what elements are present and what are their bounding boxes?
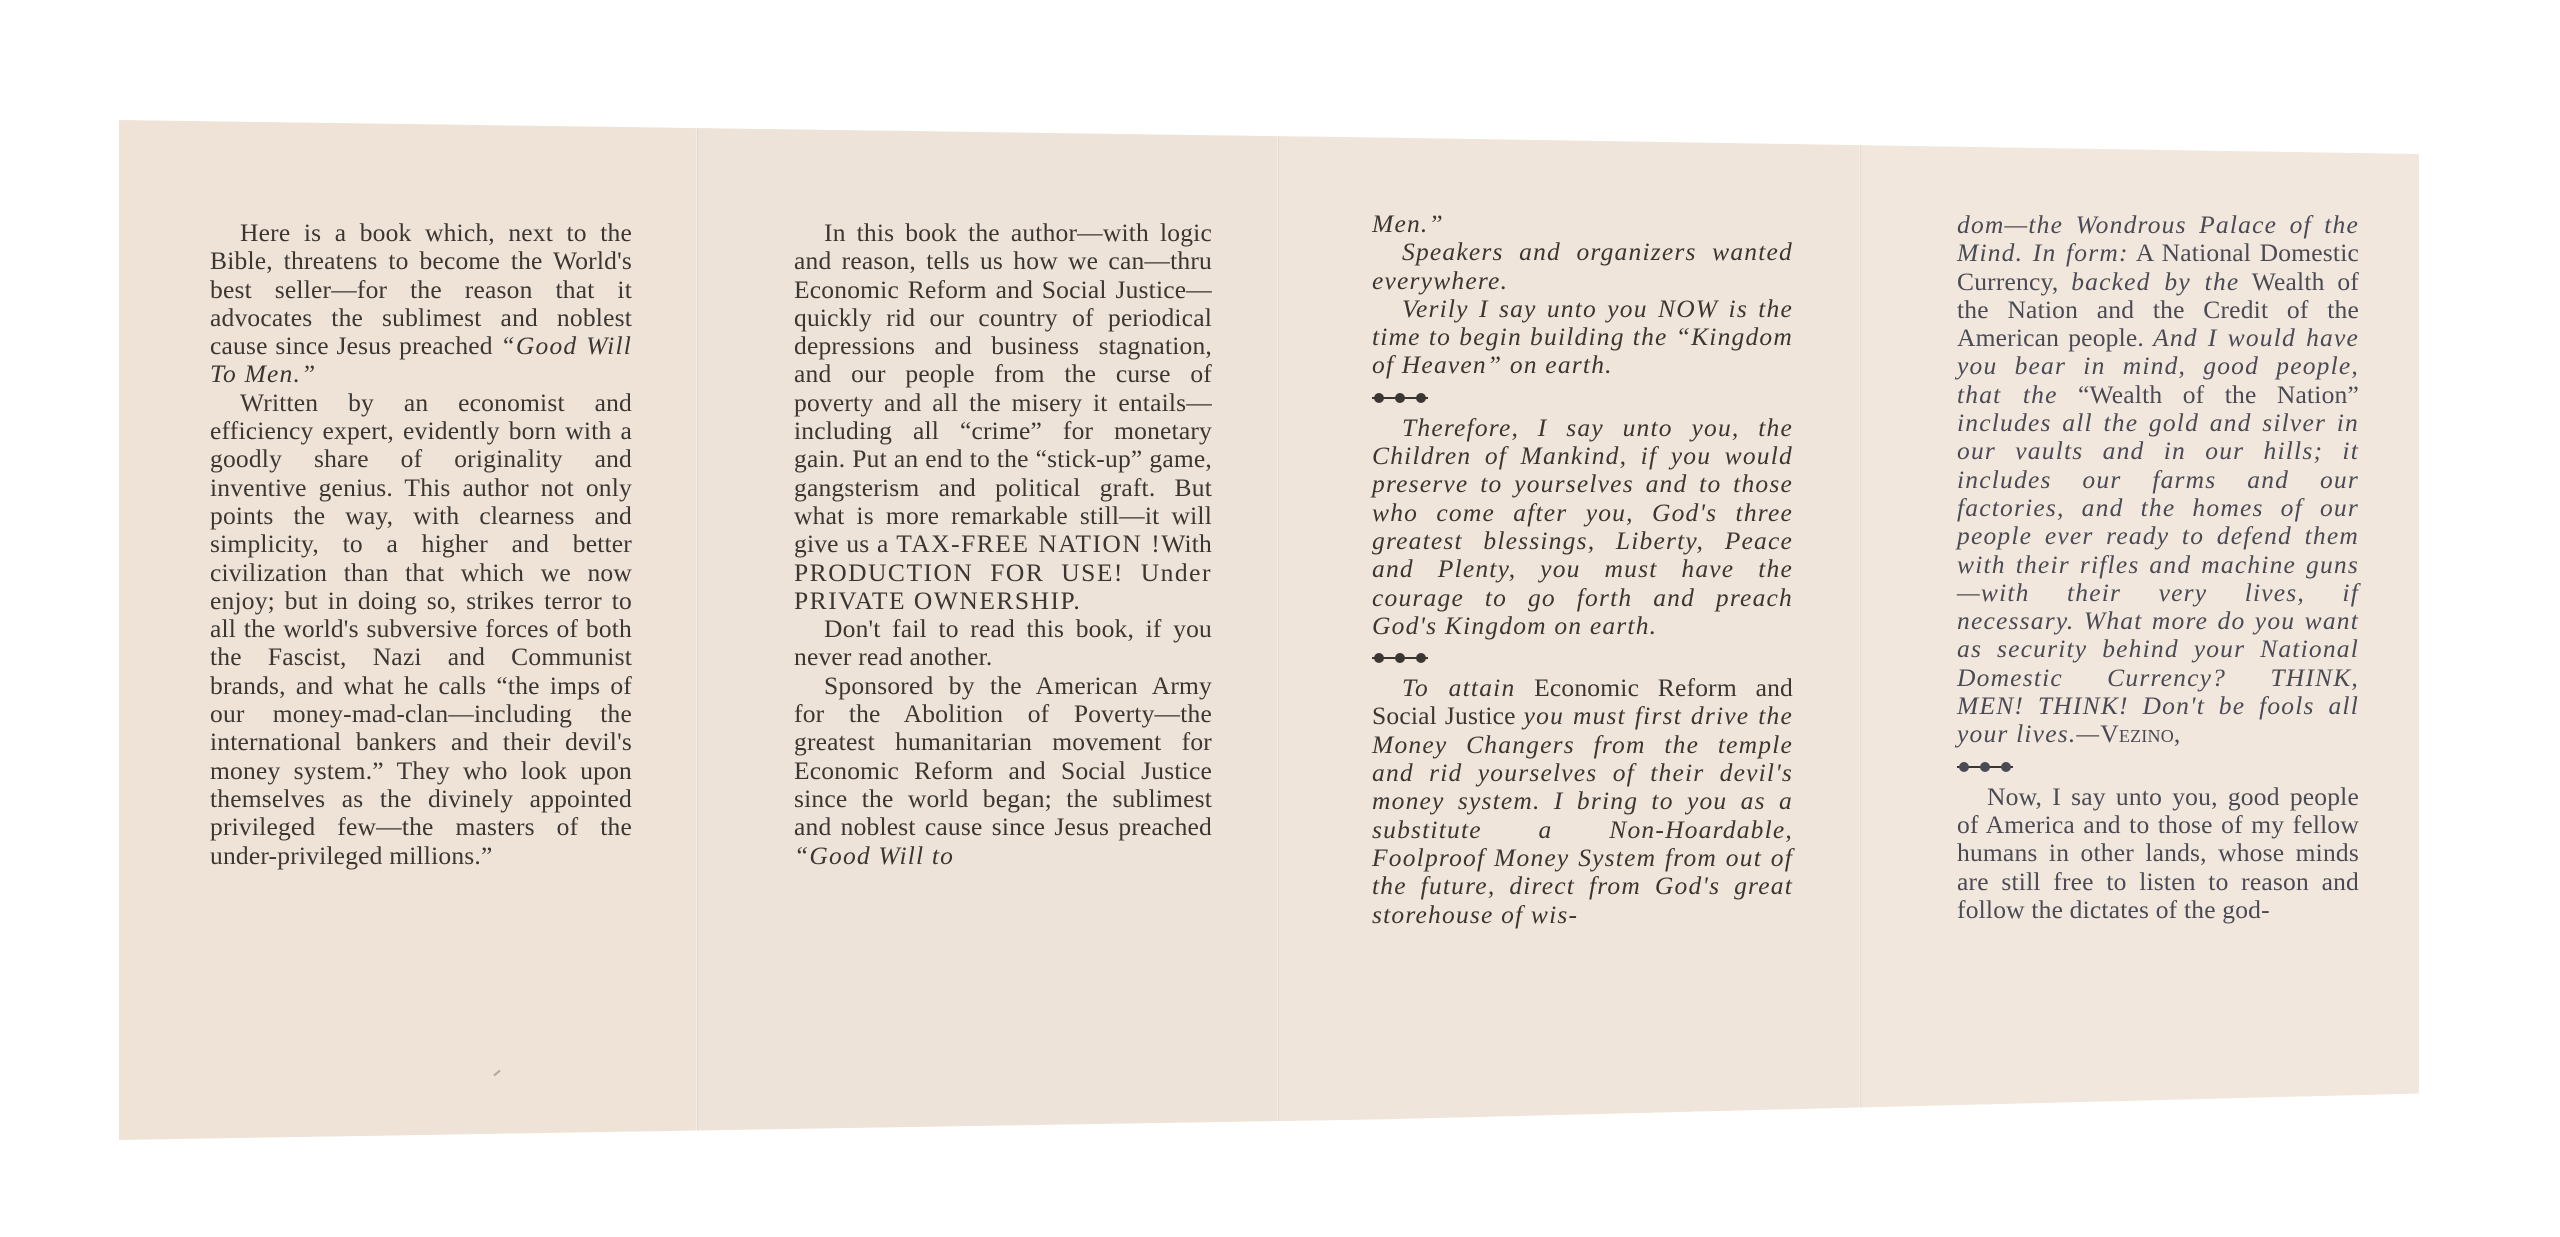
italic-quote: “Good Will to [794,841,954,870]
paragraph: Verily I say unto you NOW is the time to… [1372,295,1793,380]
three-dot-ornament-icon [1372,393,1428,403]
caps-emphasis: TAX-FREE NATION ! [896,529,1161,558]
pamphlet-sheet: Here is a book which, next to the Bible,… [119,115,2419,1145]
paragraph: dom—the Wondrous Palace of the Mind. In … [1957,211,2359,749]
fold-line [696,115,698,1145]
paragraph: Therefore, I say unto you, the Children … [1372,414,1793,640]
author-signature: Vezino, [2100,719,2180,748]
panel-2-text: In this book the author—with logic and r… [794,219,1212,870]
paragraph: Men.” [1372,210,1793,238]
ornament-divider [1372,646,1793,664]
paragraph: Now, I say unto you, good people of Amer… [1957,783,2359,924]
paragraph: Sponsored by the American Army for the A… [794,672,1212,870]
panel-1-text: Here is a book which, next to the Bible,… [210,219,632,870]
panel-3-text: Men.” Speakers and organizers wanted eve… [1372,210,1793,929]
fold-line [1277,115,1279,1145]
paragraph: Speakers and organizers wanted everywher… [1372,238,1793,295]
paragraph: Written by an economist and efficiency e… [210,389,632,870]
ornament-divider [1372,386,1793,404]
paragraph: In this book the author—with logic and r… [794,219,1212,615]
paragraph: Don't fail to read this book, if you nev… [794,615,1212,672]
three-dot-ornament-icon [1957,762,2013,772]
panel-4-text: dom—the Wondrous Palace of the Mind. In … [1957,211,2359,924]
three-dot-ornament-icon [1372,653,1428,663]
caps-emphasis: PRODUCTION FOR USE! Under PRIVATE OWNERS… [794,558,1212,615]
paragraph: Here is a book which, next to the Bible,… [210,219,632,389]
fold-line [1859,115,1861,1145]
ornament-divider [1957,755,2359,773]
paragraph: To attain Economic Reform and Social Jus… [1372,674,1793,929]
